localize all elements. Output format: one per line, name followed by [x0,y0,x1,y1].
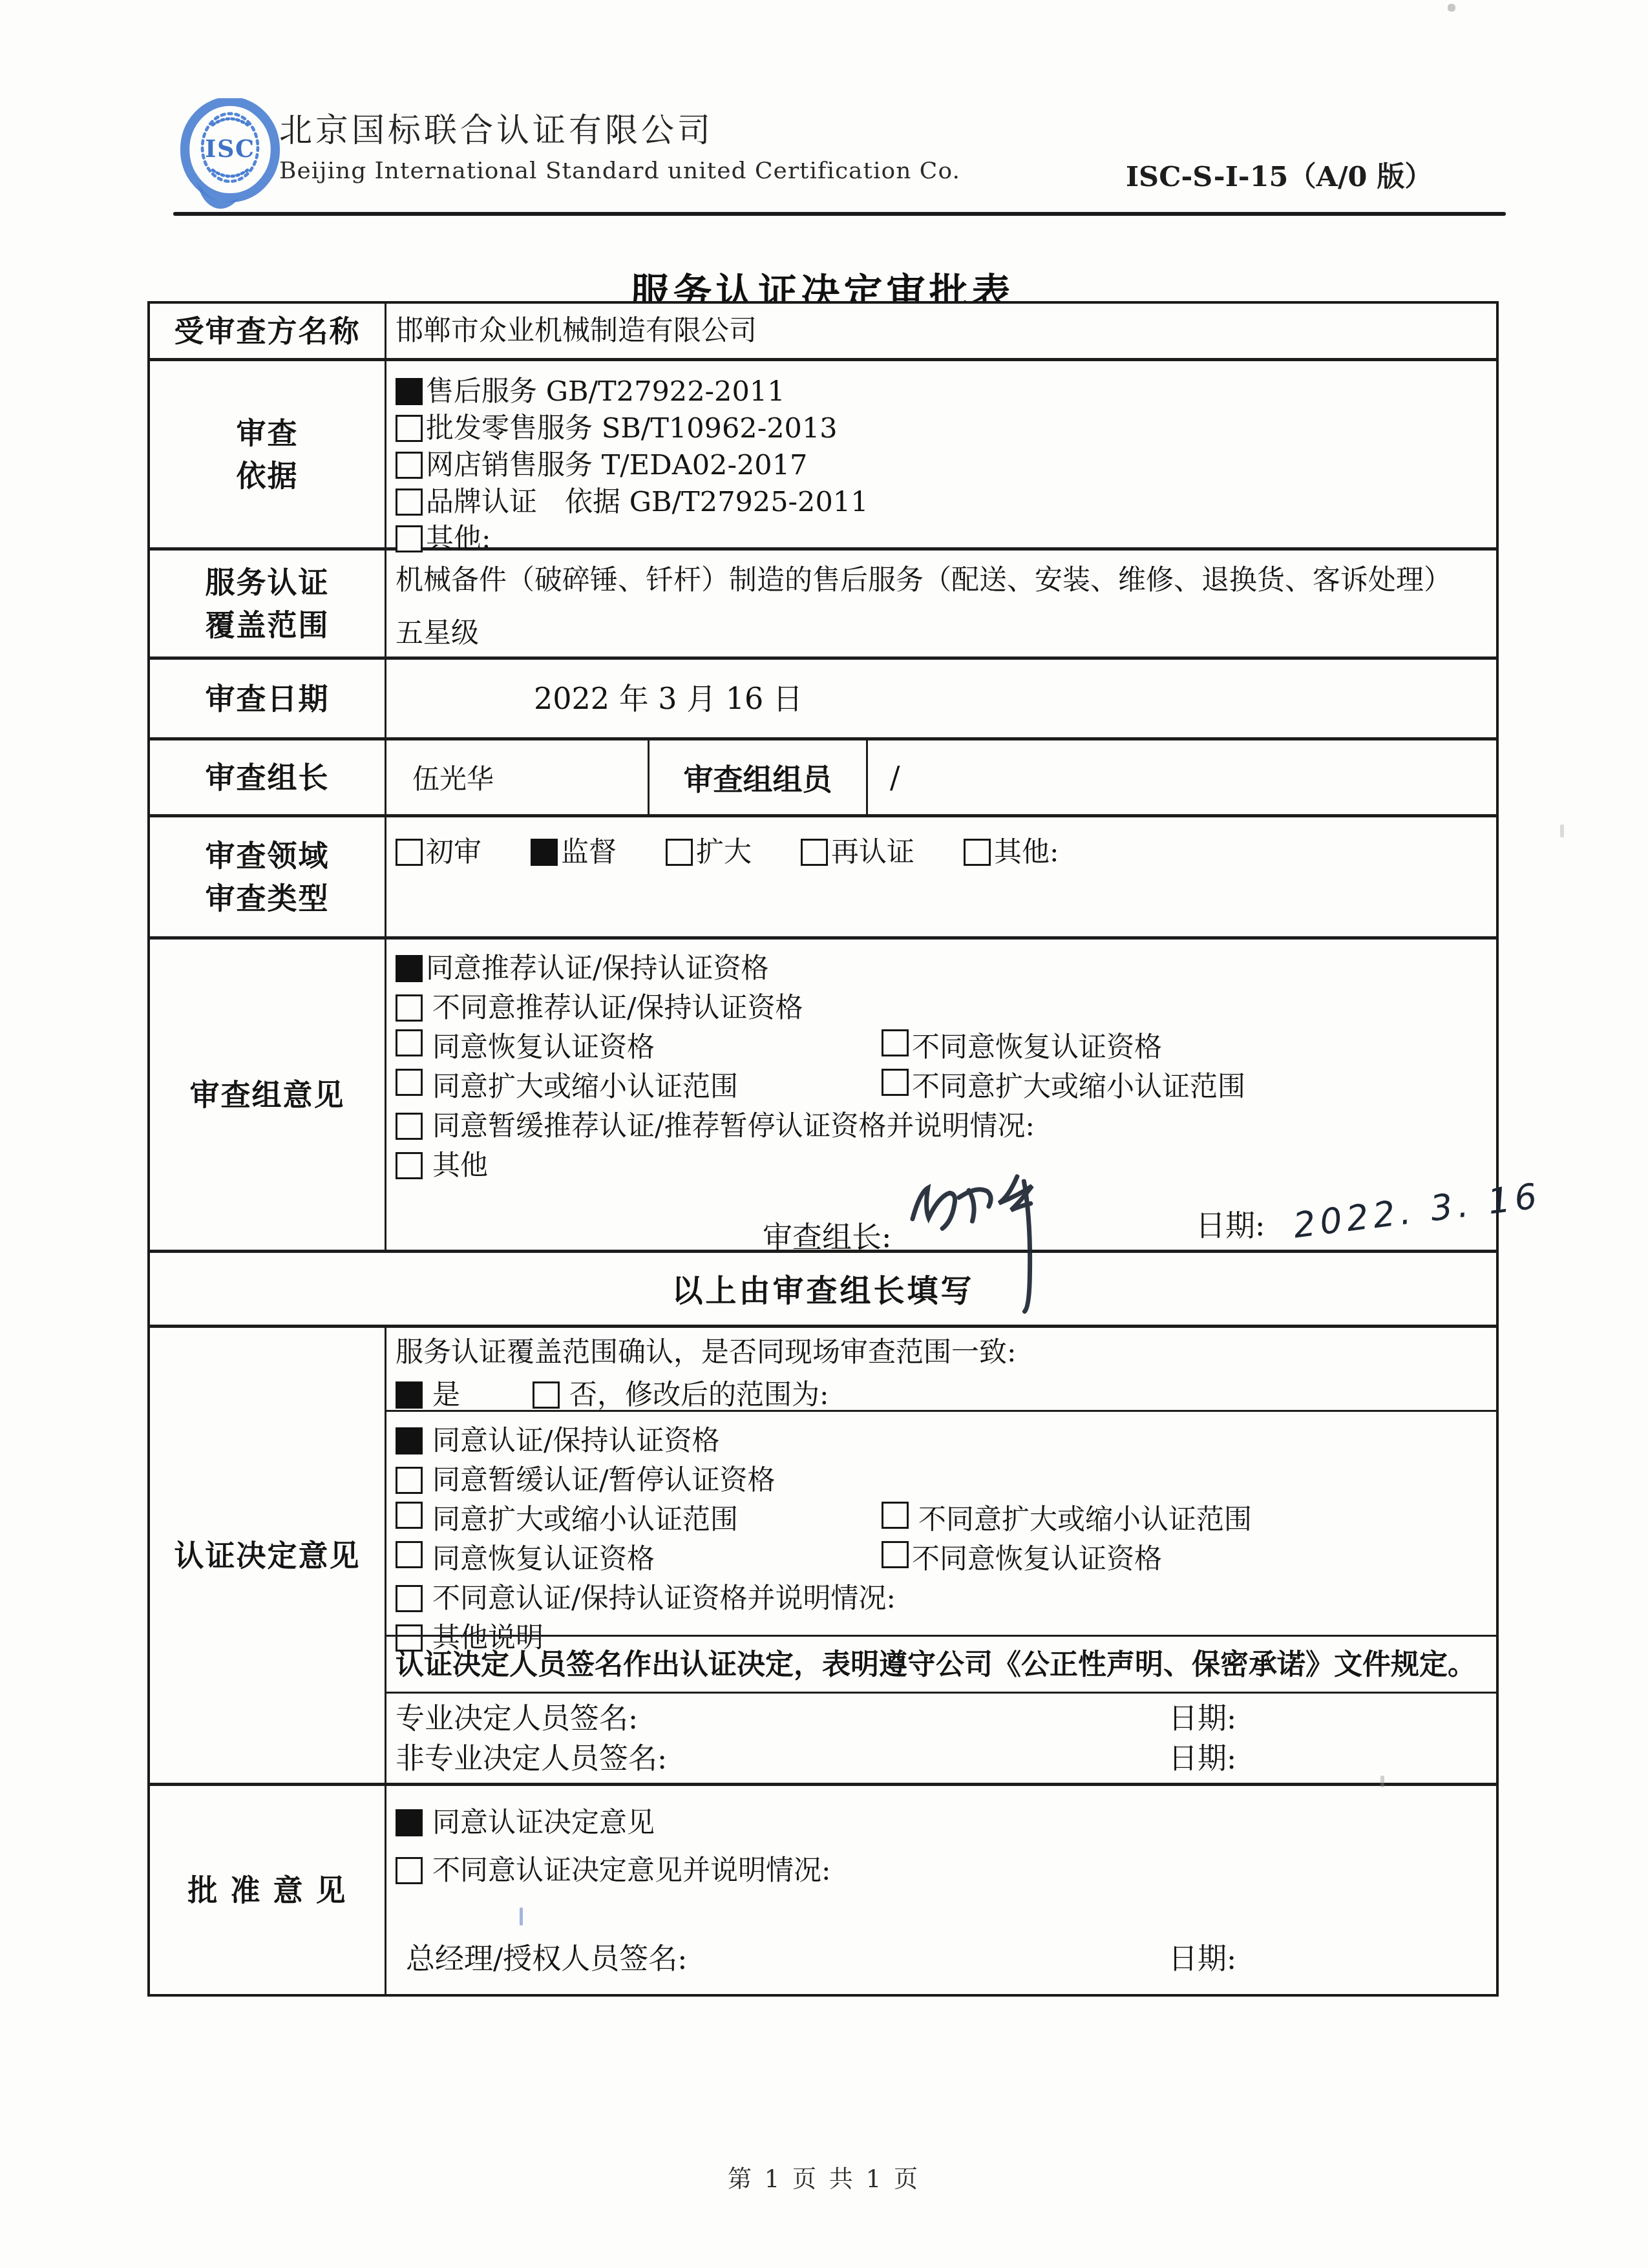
audit-type-option: 其他: [964,834,1059,870]
basis-option: 批发零售服务 SB/T10962-2013 [396,410,1487,446]
approval-body: 同意认证决定意见 不同意认证决定意见并说明情况: 总经理/授权人员签名: 日期: [386,1786,1496,1997]
team-member-label-text: 审查组组员 [684,756,832,799]
leader-signature [893,1151,1087,1345]
opinion-option-text: 同意推荐认证/保持认证资格 [426,950,769,987]
checkbox-icon[interactable] [882,1069,909,1096]
scope-label-line1: 服务认证 [206,561,330,604]
team-leader-name: 伍光华 [412,758,494,797]
page-number: 第 1 页 共 1 页 [0,2159,1648,2194]
audit-date-label: 审查日期 [150,660,386,737]
confirm-no-text: 否，修改后的范围为: [569,1377,829,1413]
audit-type-option-text: 初审 [426,834,481,870]
nonpro-decision-sign-label: 非专业决定人员签名: [396,1741,667,1777]
pro-decision-sign-row: 专业决定人员签名: 日期: [396,1699,1487,1739]
decision-option-text: 不同意扩大或缩小认证范围 [918,1502,1252,1538]
opinion-option-text: 同意恢复认证资格 [432,1029,655,1066]
basis-option: 网店销售服务 T/EDA02-2017 [396,446,1487,483]
team-opinion-body: 同意推荐认证/保持认证资格 不同意推荐认证/保持认证资格 同意恢复认证资格 不同… [386,940,1496,1250]
audit-date-value: 2022 年 3 月 16 日 [386,660,1496,737]
basis-label: 审查 依据 [150,361,386,547]
checkbox-icon[interactable] [882,1541,909,1568]
team-member-value-text: / [890,760,900,795]
scan-speck [520,1907,523,1926]
scan-speck [1448,4,1455,12]
team-member-label: 审查组组员 [648,740,868,814]
audit-date-label-text: 审查日期 [206,677,330,720]
auditee-value: 邯郸市众业机械制造有限公司 [386,304,1496,358]
row-audit-basis: 审查 依据 售后服务 GB/T27922-2011 批发零售服务 SB/T109… [150,358,1496,547]
checkbox-icon[interactable] [396,839,423,866]
decision-body: 服务认证覆盖范围确认，是否同现场审查范围一致: 是 否，修改后的范围为: 同意认… [386,1328,1496,1783]
checkbox-icon[interactable] [882,1502,909,1529]
basis-option: 售后服务 GB/T27922-2011 [396,373,1487,410]
checkbox-icon[interactable] [396,1113,423,1140]
decision-option-text: 同意恢复认证资格 [432,1541,655,1577]
checkbox-icon[interactable] [396,1467,423,1494]
decision-option: 不同意认证/保持认证资格并说明情况: [396,1580,1487,1617]
document-code: ISC-S-I-15（A/0 版） [1126,155,1432,194]
auditee-label-text: 受审查方名称 [174,310,361,352]
checkbox-icon[interactable] [396,1152,423,1179]
checkbox-icon[interactable] [396,1069,423,1096]
checkbox-icon[interactable] [396,1502,423,1529]
decision-option-text: 同意扩大或缩小认证范围 [432,1502,738,1538]
basis-option-text: 网店销售服务 T/EDA02-2017 [426,447,807,483]
audit-type-label-line1: 审查领域 [206,834,330,877]
opinion-option: 同意扩大或缩小认证范围 不同意扩大或缩小认证范围 [396,1068,1487,1105]
gm-sign-label: 总经理/授权人员签名: [406,1941,687,1977]
checkbox-icon[interactable] [396,452,423,479]
decision-option-text: 不同意恢复认证资格 [912,1541,1162,1577]
decision-statement: 认证决定人员签名作出认证决定，表明遵守公司《公正性声明、保密承诺》文件规定。 [386,1635,1496,1692]
opinion-option-text: 同意扩大或缩小认证范围 [432,1069,738,1105]
opinion-option-text: 不同意推荐认证/保持认证资格 [432,990,803,1026]
audit-type-option: 再认证 [801,834,914,870]
scope-label: 服务认证 覆盖范围 [150,551,386,656]
approval-option-text: 不同意认证决定意见并说明情况: [432,1853,831,1889]
audit-date-value-text: 2022 年 3 月 16 日 [534,680,803,717]
leader-signature-zone: 审查组长: 日期: 2022. 3. 16 [396,1189,1487,1292]
checkbox-icon[interactable] [396,1857,423,1884]
decision-option-text: 同意认证/保持认证资格 [432,1423,720,1459]
audit-type-option: 初审 [396,834,481,870]
checkbox-icon[interactable] [396,488,423,516]
approval-label: 批 准 意 见 [150,1786,386,1994]
opinion-option: 不同意推荐认证/保持认证资格 [396,989,1487,1026]
team-leader-label-text: 审查组长 [206,756,330,799]
checkbox-icon[interactable] [396,1381,423,1409]
approval-sign-row: 总经理/授权人员签名: 日期: [396,1941,1648,1981]
approval-form-table: 受审查方名称 邯郸市众业机械制造有限公司 审查 依据 售后服务 GB/T2792… [147,301,1499,1997]
audit-type-option-text: 再认证 [831,834,914,870]
page-number-text: 第 1 页 共 1 页 [728,2165,920,2193]
isc-logo-icon: ISC [178,98,282,213]
checkbox-icon[interactable] [396,1427,423,1454]
scope-value-line2: 五星级 [396,615,1487,651]
opinion-option: 同意暂缓推荐认证/推荐暂停认证资格并说明情况: [396,1108,1487,1144]
auditee-label: 受审查方名称 [150,304,386,358]
checkbox-icon[interactable] [801,839,828,866]
company-name-cn: 北京国标联合认证有限公司 [279,103,713,151]
checkbox-icon[interactable] [882,1029,909,1056]
pro-decision-sign-label: 专业决定人员签名: [396,1701,638,1737]
scan-speck [1560,824,1564,837]
row-audit-team: 审查组长 伍光华 审查组组员 / [150,737,1496,814]
checkbox-icon[interactable] [964,839,991,866]
opinion-option-text: 不同意扩大或缩小认证范围 [912,1069,1245,1105]
basis-label-line2: 依据 [237,454,299,497]
decision-confirm-line: 服务认证覆盖范围确认，是否同现场审查范围一致: [396,1334,1487,1370]
basis-option-text: 品牌认证 依据 GB/T27925-2011 [426,484,869,520]
team-leader-label: 审查组长 [150,740,386,814]
team-leader-value: 伍光华 [386,740,648,814]
scope-label-line2: 覆盖范围 [206,604,330,646]
company-name-en: Beijing International Standard united Ce… [279,158,960,184]
checkbox-icon[interactable] [531,839,558,866]
decision-statement-text: 认证决定人员签名作出认证决定，表明遵守公司《公正性声明、保密承诺》文件规定。 [396,1648,1476,1681]
decision-option: 同意暂缓认证/暂停认证资格 [396,1462,1487,1498]
approval-option: 不同意认证决定意见并说明情况: [396,1848,1487,1893]
auditee-value-text: 邯郸市众业机械制造有限公司 [396,313,757,349]
row-cert-decision: 认证决定意见 服务认证覆盖范围确认，是否同现场审查范围一致: 是 否，修改后的范… [150,1325,1496,1783]
opinion-option-text: 同意暂缓推荐认证/推荐暂停认证资格并说明情况: [432,1108,1035,1144]
row-auditee: 受审查方名称 邯郸市众业机械制造有限公司 [150,304,1496,358]
pro-decision-date-label: 日期: [1168,1701,1236,1737]
decision-signatures: 专业决定人员签名: 日期: 非专业决定人员签名: 日期: [386,1692,1496,1768]
team-opinion-label-text: 审查组意见 [190,1073,345,1116]
row-audit-date: 审查日期 2022 年 3 月 16 日 [150,656,1496,737]
row-approval: 批 准 意 见 同意认证决定意见 不同意认证决定意见并说明情况: 总经理/授权人… [150,1783,1496,1994]
audit-type-label-line2: 审查类型 [206,877,330,919]
checkbox-icon[interactable] [396,1585,423,1612]
decision-option: 同意认证/保持认证资格 [396,1422,1487,1459]
team-opinion-label: 审查组意见 [150,940,386,1250]
decision-label-text: 认证决定意见 [174,1534,361,1577]
audit-type-label: 审查领域 审查类型 [150,817,386,936]
decision-option-text: 不同意认证/保持认证资格并说明情况: [432,1580,896,1617]
row-audit-type: 审查领域 审查类型 初审 监督 扩大 再认证 [150,814,1496,936]
checkbox-icon[interactable] [396,955,423,982]
row-cert-scope: 服务认证 覆盖范围 机械备件（破碎锤、钎杆）制造的售后服务（配送、安装、维修、退… [150,547,1496,656]
approval-label-text: 批 准 意 见 [187,1869,346,1911]
opinion-option-text: 其他 [432,1148,488,1184]
checkbox-icon[interactable] [396,1029,423,1056]
gm-date-label: 日期: [1168,1941,1236,1977]
leader-sign-label: 审查组长: [763,1219,892,1255]
opinion-option: 同意恢复认证资格 不同意恢复认证资格 [396,1029,1487,1066]
leader-date-label: 日期: [1196,1207,1265,1243]
scope-value: 机械备件（破碎锤、钎杆）制造的售后服务（配送、安装、维修、退换货、客诉处理） 五… [386,551,1496,656]
checkbox-icon[interactable] [396,415,423,442]
audit-type-option-text: 监督 [561,834,617,870]
audit-type-option-text: 扩大 [696,834,752,870]
checkbox-icon[interactable] [396,378,423,405]
scope-value-line1: 机械备件（破碎锤、钎杆）制造的售后服务（配送、安装、维修、退换货、客诉处理） [396,562,1487,598]
basis-option: 品牌认证 依据 GB/T27925-2011 [396,483,1487,520]
approval-option: 同意认证决定意见 [396,1800,1487,1845]
scan-speck [1380,1776,1384,1787]
nonpro-decision-sign-row: 非专业决定人员签名: 日期: [396,1739,1487,1779]
checkbox-icon[interactable] [396,994,423,1022]
decision-option-text: 同意暂缓认证/暂停认证资格 [432,1462,776,1498]
basis-options: 售后服务 GB/T27922-2011 批发零售服务 SB/T10962-201… [386,361,1496,547]
approval-option-text: 同意认证决定意见 [432,1805,655,1841]
checkbox-icon[interactable] [396,525,423,552]
audit-type-option-text: 其他: [994,834,1059,870]
checkbox-icon[interactable] [666,839,693,866]
row-team-opinion: 审查组意见 同意推荐认证/保持认证资格 不同意推荐认证/保持认证资格 同意恢复认… [150,936,1496,1250]
checkbox-icon[interactable] [533,1381,560,1409]
confirm-yes-text: 是 [432,1377,460,1413]
header-divider-line [173,212,1506,216]
decision-option: 同意扩大或缩小认证范围 不同意扩大或缩小认证范围 [396,1501,1487,1538]
document-page: ISC 北京国标联合认证有限公司 Beijing International S… [0,0,1648,2268]
basis-option-text: 批发零售服务 SB/T10962-2013 [426,410,838,446]
decision-scope-confirm: 服务认证覆盖范围确认，是否同现场审查范围一致: 是 否，修改后的范围为: [386,1328,1496,1410]
leader-date-handwritten: 2022. 3. 16 [1291,1178,1543,1244]
basis-label-line1: 审查 [237,412,299,454]
decision-label: 认证决定意见 [150,1328,386,1783]
opinion-option-text: 不同意恢复认证资格 [912,1029,1162,1066]
checkbox-icon[interactable] [396,1809,423,1836]
decision-options: 同意认证/保持认证资格 同意暂缓认证/暂停认证资格 同意扩大或缩小认证范围 [386,1410,1496,1635]
checkbox-icon[interactable] [396,1541,423,1568]
audit-type-options: 初审 监督 扩大 再认证 其他: [386,817,1496,936]
decision-confirm-options: 是 否，修改后的范围为: [396,1377,1487,1413]
nonpro-decision-date-label: 日期: [1168,1741,1236,1777]
team-member-value: / [868,740,1496,814]
decision-option: 同意恢复认证资格 不同意恢复认证资格 [396,1540,1487,1577]
logo-text: ISC [205,135,255,163]
audit-type-option: 监督 [531,834,617,870]
opinion-option: 同意推荐认证/保持认证资格 [396,950,1487,987]
basis-option-text: 售后服务 GB/T27922-2011 [426,373,785,410]
audit-type-option: 扩大 [666,834,752,870]
